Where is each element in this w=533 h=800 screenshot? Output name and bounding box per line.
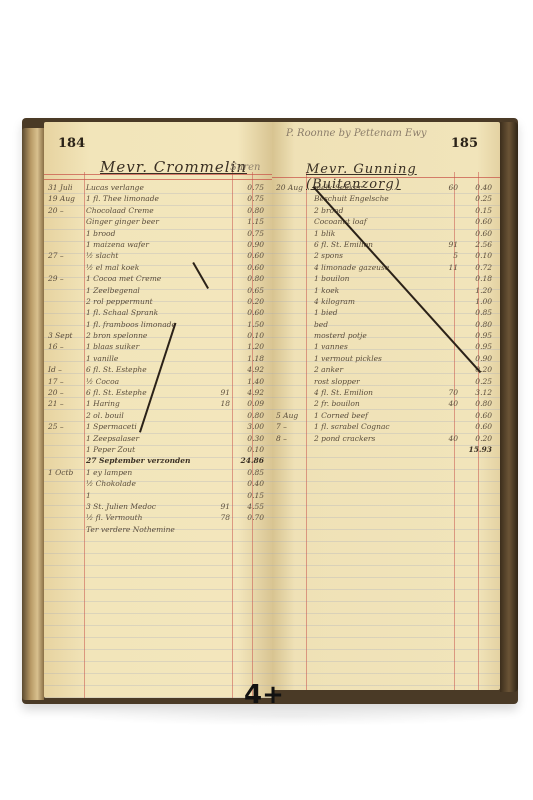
table-row: Beschuit Engelsche0.25	[272, 193, 500, 204]
entry-amount: 0.60	[475, 217, 492, 226]
table-row: 1 Zeepsalaser0.30	[44, 433, 272, 444]
table-row: bed0.80	[272, 319, 500, 330]
entry-date: 19 Aug	[48, 194, 80, 203]
entry-amount: 0.60	[247, 263, 264, 272]
header-rule-2	[44, 179, 272, 180]
entry-item: 4 fl. St. Emilion	[314, 388, 373, 397]
entry-unit-price: 91	[220, 502, 230, 511]
entry-unit-price: 91	[448, 240, 458, 249]
entry-list: 31 JuliLucas verlange0.7519 Aug1 fl. The…	[44, 182, 272, 535]
entry-amount: 0.90	[247, 240, 264, 249]
entry-date: 20 –	[48, 388, 80, 397]
page-edges-left	[22, 128, 44, 700]
entry-amount: 2.56	[475, 240, 492, 249]
table-row: 25 –1 Spermaceti3.00	[44, 421, 272, 432]
entry-unit-price: 40	[448, 434, 458, 443]
entry-item: 2 ol. bouil	[86, 411, 124, 420]
entry-date: 16 –	[48, 342, 80, 351]
entry-amount: 0.70	[247, 513, 264, 522]
table-row: Ginger ginger beer1.15	[44, 216, 272, 227]
entry-date: 5 Aug	[276, 411, 308, 420]
entry-item: ½ fl. Vermouth	[86, 513, 142, 522]
entry-date: 29 –	[48, 274, 80, 283]
entry-item: 1 bied	[314, 308, 338, 317]
entry-amount: 0.75	[247, 194, 264, 203]
entry-amount: 4.92	[247, 365, 264, 374]
table-row: 20 –6 fl. St. Estephe914.92	[44, 387, 272, 398]
entry-amount: 3.00	[247, 422, 264, 431]
table-row: 27 September verzonden24.86	[44, 455, 272, 466]
entry-item: 1 Haring	[86, 399, 120, 408]
table-row: 31 JuliLucas verlange0.75	[44, 182, 272, 193]
table-row: 1 blik0.60	[272, 228, 500, 239]
entry-item: 2 pond crackers	[314, 434, 375, 443]
table-row: 4 fl. St. Emilion703.12	[272, 387, 500, 398]
table-row: 21 –1 Haring180.09	[44, 398, 272, 409]
entry-date: 3 Sept	[48, 331, 80, 340]
entry-amount: 0.80	[247, 206, 264, 215]
table-row: 2 brood0.15	[272, 205, 500, 216]
table-row: 2 spons50.10	[272, 250, 500, 261]
entry-item: Ter verdere Nothemine	[86, 525, 175, 534]
entry-item: Ginger ginger beer	[86, 217, 159, 226]
title-note: Suren	[230, 162, 260, 173]
page-title: Mevr. Crommelin	[100, 158, 247, 176]
back-cover-edge	[500, 122, 518, 692]
entry-item: 1 vanille	[86, 354, 118, 363]
entry-date: 7 –	[276, 422, 308, 431]
entry-item: 1 Peper Zout	[86, 445, 135, 454]
left-page: 184 Mevr. Crommelin Suren 31 JuliLucas v…	[44, 122, 272, 698]
entry-item: mosterd potje	[314, 331, 367, 340]
table-row: 19 Aug1 fl. Thee limonade0.75	[44, 193, 272, 204]
table-row: 2 anker0.20	[272, 364, 500, 375]
entry-amount: 24.86	[241, 456, 265, 465]
entry-item: 27 September verzonden	[86, 456, 191, 465]
table-row: 29 –1 Cocoa met Creme0.80	[44, 273, 272, 284]
table-row: 8 –2 pond crackers400.20	[272, 433, 500, 444]
entry-amount: 0.95	[475, 342, 492, 351]
entry-item: 1 fl. framboos limonade	[86, 320, 176, 329]
entry-item: 1 Cocoa met Creme	[86, 274, 161, 283]
entry-item: 2 rol peppermunt	[86, 297, 153, 306]
table-row: 20 Augmelk Sekker600.40	[272, 182, 500, 193]
entry-date: 31 Juli	[48, 183, 80, 192]
entry-amount: 0.60	[475, 422, 492, 431]
table-row: ½ Chokolade0.40	[44, 478, 272, 489]
table-row: Cocoanut loaf0.60	[272, 216, 500, 227]
entry-item: Chocolaad Creme	[86, 206, 154, 215]
entry-date: 21 –	[48, 399, 80, 408]
entry-amount: 0.75	[247, 183, 264, 192]
entry-amount: 0.40	[475, 183, 492, 192]
table-row: 1 brood0.75	[44, 228, 272, 239]
table-row: 2 rol peppermunt0.20	[44, 296, 272, 307]
table-row: 1 bouilon0.18	[272, 273, 500, 284]
table-row: Ter verdere Nothemine	[44, 524, 272, 535]
entry-item: bed	[314, 320, 328, 329]
entry-date: 8 –	[276, 434, 308, 443]
entry-item: 6 fl. St. Estephe	[86, 388, 147, 397]
entry-date: 20 Aug	[276, 183, 308, 192]
header-note: P. Roonne by Pettenam Ewy	[286, 128, 427, 139]
entry-item: 1 brood	[86, 229, 115, 238]
entry-unit-price: 40	[448, 399, 458, 408]
page-number: 185	[451, 136, 478, 151]
table-row: 1 fl. Schaal Sprank0.60	[44, 307, 272, 318]
table-row: 27 –½ slacht0.60	[44, 250, 272, 261]
entry-amount: 0.20	[247, 297, 264, 306]
right-page: P. Roonne by Pettenam Ewy 185 Mevr. Gunn…	[272, 122, 500, 690]
table-row: 5 Aug1 Corned beef0.60	[272, 410, 500, 421]
footer-note: ...	[332, 422, 339, 430]
entry-unit-price: 60	[448, 183, 458, 192]
table-row: 1 vanille1.18	[44, 353, 272, 364]
table-row: 3 Sept2 bron spelonne0.10	[44, 330, 272, 341]
page-number: 184	[58, 136, 85, 151]
entry-item: ½ Cocoa	[86, 377, 119, 386]
table-row: 2 ol. bouil0.80	[44, 410, 272, 421]
entry-item: rost slopper	[314, 377, 360, 386]
table-row: 7 –1 fl. scrabel Cognac0.60	[272, 421, 500, 432]
entry-amount: 3.12	[475, 388, 492, 397]
entry-item: 1 vannes	[314, 342, 348, 351]
entry-amount: 0.60	[247, 308, 264, 317]
entry-unit-price: 5	[453, 251, 458, 260]
entry-unit-price: 11	[448, 263, 458, 272]
entry-item: 1 Spermaceti	[86, 422, 137, 431]
entry-item: 1	[86, 491, 91, 500]
entry-item: 1 Zeepsalaser	[86, 434, 139, 443]
table-row: 1 bied0.85	[272, 307, 500, 318]
entry-amount: 0.15	[475, 206, 492, 215]
entry-item: 1 blik	[314, 229, 335, 238]
entry-item: 3 St. Julien Medoc	[86, 502, 156, 511]
table-row: 1 Octb1 ey lampen0.85	[44, 467, 272, 478]
entry-amount: 4.55	[247, 502, 264, 511]
entry-item: 4 limonade gazeuse	[314, 263, 389, 272]
entry-amount: 0.75	[247, 229, 264, 238]
entry-date: 27 –	[48, 251, 80, 260]
entry-amount: 0.10	[247, 445, 264, 454]
entry-amount: 0.60	[247, 251, 264, 260]
entry-amount: 1.40	[247, 377, 264, 386]
entry-item: 1 fl. Schaal Sprank	[86, 308, 158, 317]
entry-date: 1 Octb	[48, 468, 80, 477]
entry-amount: 0.15	[247, 491, 264, 500]
entry-amount: 0.10	[247, 331, 264, 340]
entry-unit-price: 70	[448, 388, 458, 397]
entry-item: 4 kilogram	[314, 297, 355, 306]
table-row: 1 Peper Zout0.10	[44, 444, 272, 455]
entry-amount: 0.80	[475, 320, 492, 329]
entry-amount: 1.50	[247, 320, 264, 329]
entry-amount: 15.93	[469, 445, 493, 454]
entry-item: 1 fl. scrabel Cognac	[314, 422, 390, 431]
book-shadow	[60, 706, 520, 726]
entry-item: 2 spons	[314, 251, 343, 260]
ledger-book: 184 Mevr. Crommelin Suren 31 JuliLucas v…	[22, 118, 518, 704]
entry-amount: 0.90	[475, 354, 492, 363]
entry-item: Lucas verlange	[86, 183, 144, 192]
entry-item: 2 fr. bouilon	[314, 399, 360, 408]
entry-date: 25 –	[48, 422, 80, 431]
entry-item: 1 bouilon	[314, 274, 349, 283]
table-row: 1 fl. framboos limonade1.50	[44, 319, 272, 330]
entry-item: melk Sekker	[314, 183, 362, 192]
table-row: ½ fl. Vermouth780.70	[44, 512, 272, 523]
entry-item: 1 ey lampen	[86, 468, 132, 477]
entry-unit-price: 78	[220, 513, 230, 522]
entry-unit-price: 18	[220, 399, 230, 408]
entry-amount: 0.60	[475, 411, 492, 420]
entry-amount: 0.80	[247, 274, 264, 283]
entry-item: 1 koek	[314, 286, 339, 295]
entry-amount: 1.20	[475, 286, 492, 295]
table-row: ½ el mal koek0.60	[44, 262, 272, 273]
entry-amount: 0.80	[475, 399, 492, 408]
table-row: 20 –Chocolaad Creme0.80	[44, 205, 272, 216]
entry-amount: 0.85	[475, 308, 492, 317]
table-row: 4 kilogram1.00	[272, 296, 500, 307]
entry-item: 1 fl. Thee limonade	[86, 194, 159, 203]
entry-amount: 0.30	[247, 434, 264, 443]
entry-amount: 4.92	[247, 388, 264, 397]
entry-amount: 0.85	[247, 468, 264, 477]
table-row: 1 maizena wafer0.90	[44, 239, 272, 250]
entry-unit-price: 91	[220, 388, 230, 397]
entry-amount: 1.20	[247, 342, 264, 351]
entry-date: Id –	[48, 365, 80, 374]
entry-amount: 0.60	[475, 229, 492, 238]
entry-item: ½ slacht	[86, 251, 118, 260]
entry-amount: 1.15	[247, 217, 264, 226]
entry-item: ½ el mal koek	[86, 263, 139, 272]
table-row: 1 vannes0.95	[272, 341, 500, 352]
entry-list: 20 Augmelk Sekker600.40Beschuit Engelsch…	[272, 182, 500, 455]
entry-amount: 0.65	[247, 286, 264, 295]
entry-amount: 0.20	[475, 434, 492, 443]
entry-amount: 0.95	[475, 331, 492, 340]
entry-amount: 0.18	[475, 274, 492, 283]
entry-date: 20 –	[48, 206, 80, 215]
entry-item: 1 Corned beef	[314, 411, 368, 420]
table-row: 2 fr. bouilon400.80	[272, 398, 500, 409]
entry-item: 1 blaas suiker	[86, 342, 139, 351]
table-row: 10.15	[44, 490, 272, 501]
entry-item: 2 bron spelonne	[86, 331, 147, 340]
entry-amount: 0.25	[475, 194, 492, 203]
table-row: 16 –1 blaas suiker1.20	[44, 341, 272, 352]
entry-amount: 1.00	[475, 297, 492, 306]
entry-item: 2 anker	[314, 365, 343, 374]
entry-item: ½ Chokolade	[86, 479, 136, 488]
entry-amount: 0.09	[247, 399, 264, 408]
entry-amount: 1.18	[247, 354, 264, 363]
entry-item: 1 vermout pickles	[314, 354, 382, 363]
entry-amount: 0.10	[475, 251, 492, 260]
entry-item: 1 Zeelbegenal	[86, 286, 140, 295]
entry-item: 1 maizena wafer	[86, 240, 149, 249]
table-row: rost slopper0.25	[272, 376, 500, 387]
table-row: 1 Zeelbegenal0.65	[44, 285, 272, 296]
table-row: mosterd potje0.95	[272, 330, 500, 341]
entry-amount: 0.40	[247, 479, 264, 488]
entry-item: 6 fl. St. Estephe	[86, 365, 147, 374]
table-row: 15.93	[272, 444, 500, 455]
entry-date: 17 –	[48, 377, 80, 386]
table-row: 6 fl. St. Emilion912.56	[272, 239, 500, 250]
table-row: 1 koek1.20	[272, 285, 500, 296]
table-row: 3 St. Julien Medoc914.55	[44, 501, 272, 512]
entry-amount: 0.25	[475, 377, 492, 386]
entry-amount: 0.72	[475, 263, 492, 272]
entry-amount: 0.80	[247, 411, 264, 420]
